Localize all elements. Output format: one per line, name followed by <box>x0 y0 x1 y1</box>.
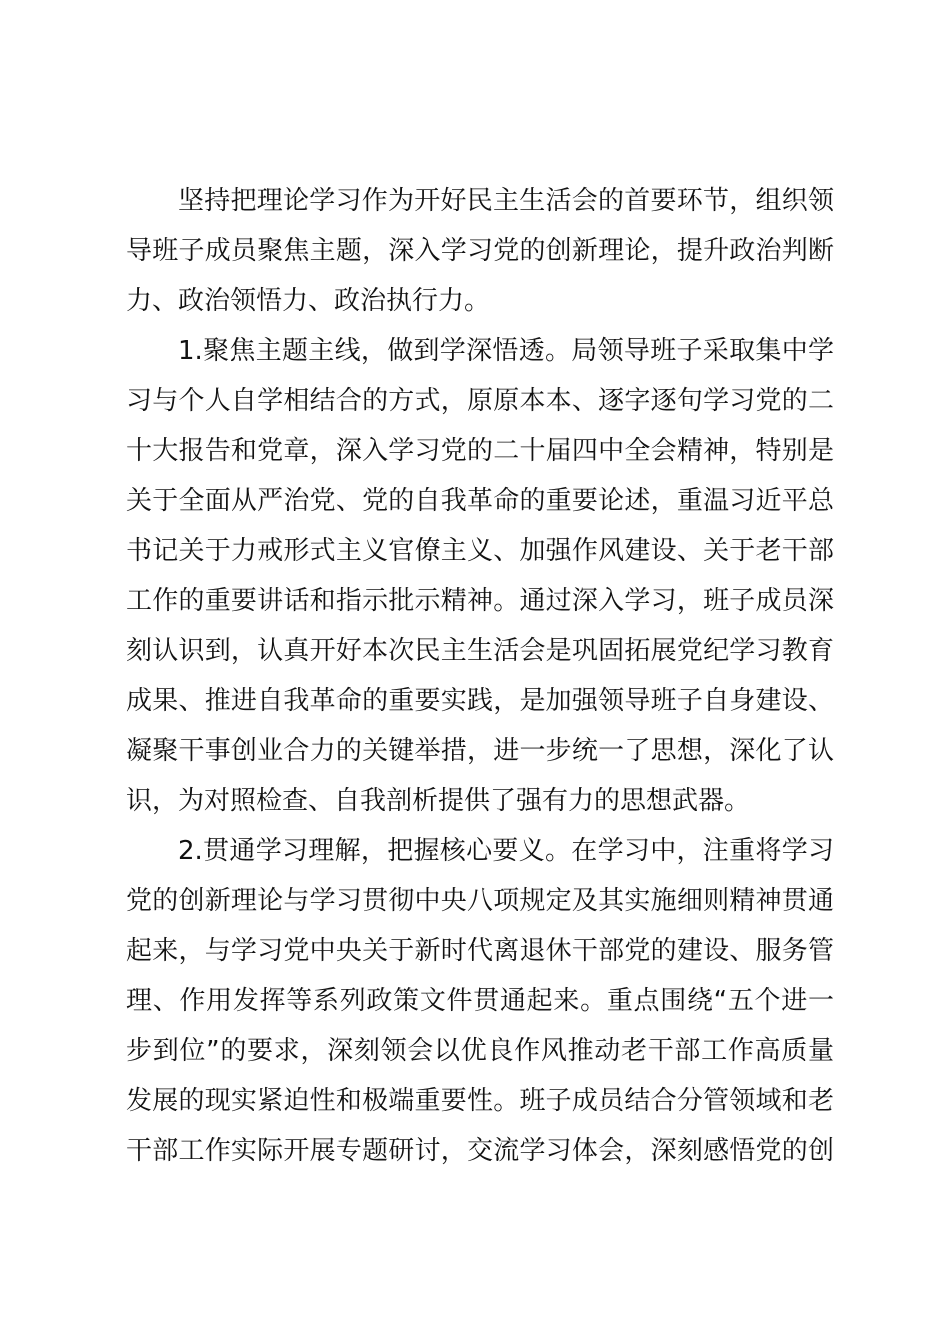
text-line: 识，为对照检查、自我剖析提供了强有力的思想武器。 <box>126 776 834 826</box>
paragraph: 1.聚焦主题主线，做到学深悟透。局领导班子采取集中学习与个人自学相结合的方式，原… <box>126 326 834 826</box>
text-line: 导班子成员聚焦主题，深入学习党的创新理论，提升政治判断 <box>126 226 834 276</box>
text-line: 刻认识到，认真开好本次民主生活会是巩固拓展党纪学习教育 <box>126 626 834 676</box>
text-line: 发展的现实紧迫性和极端重要性。班子成员结合分管领域和老 <box>126 1076 834 1126</box>
text-line: 工作的重要讲话和指示批示精神。通过深入学习，班子成员深 <box>126 576 834 626</box>
paragraph: 坚持把理论学习作为开好民主生活会的首要环节，组织领导班子成员聚焦主题，深入学习党… <box>126 176 834 326</box>
paragraph: 2.贯通学习理解，把握核心要义。在学习中，注重将学习党的创新理论与学习贯彻中央八… <box>126 826 834 1176</box>
document-page: 坚持把理论学习作为开好民主生活会的首要环节，组织领导班子成员聚焦主题，深入学习党… <box>0 0 950 1344</box>
text-line: 书记关于力戒形式主义官僚主义、加强作风建设、关于老干部 <box>126 526 834 576</box>
text-line: 习与个人自学相结合的方式，原原本本、逐字逐句学习党的二 <box>126 376 834 426</box>
text-line: 理、作用发挥等系列政策文件贯通起来。重点围绕“五个进一 <box>126 976 834 1026</box>
text-line: 步到位”的要求，深刻领会以优良作风推动老干部工作高质量 <box>126 1026 834 1076</box>
text-line: 1.聚焦主题主线，做到学深悟透。局领导班子采取集中学 <box>126 326 834 376</box>
text-line: 十大报告和党章，深入学习党的二十届四中全会精神，特别是 <box>126 426 834 476</box>
text-line: 关于全面从严治党、党的自我革命的重要论述，重温习近平总 <box>126 476 834 526</box>
text-line: 力、政治领悟力、政治执行力。 <box>126 276 834 326</box>
text-line: 凝聚干事创业合力的关键举措，进一步统一了思想，深化了认 <box>126 726 834 776</box>
text-line: 2.贯通学习理解，把握核心要义。在学习中，注重将学习 <box>126 826 834 876</box>
text-line: 坚持把理论学习作为开好民主生活会的首要环节，组织领 <box>126 176 834 226</box>
text-line: 干部工作实际开展专题研讨，交流学习体会，深刻感悟党的创 <box>126 1126 834 1176</box>
text-line: 党的创新理论与学习贯彻中央八项规定及其实施细则精神贯通 <box>126 876 834 926</box>
document-body: 坚持把理论学习作为开好民主生活会的首要环节，组织领导班子成员聚焦主题，深入学习党… <box>0 0 950 1176</box>
text-line: 起来，与学习党中央关于新时代离退休干部党的建设、服务管 <box>126 926 834 976</box>
text-line: 成果、推进自我革命的重要实践，是加强领导班子自身建设、 <box>126 676 834 726</box>
